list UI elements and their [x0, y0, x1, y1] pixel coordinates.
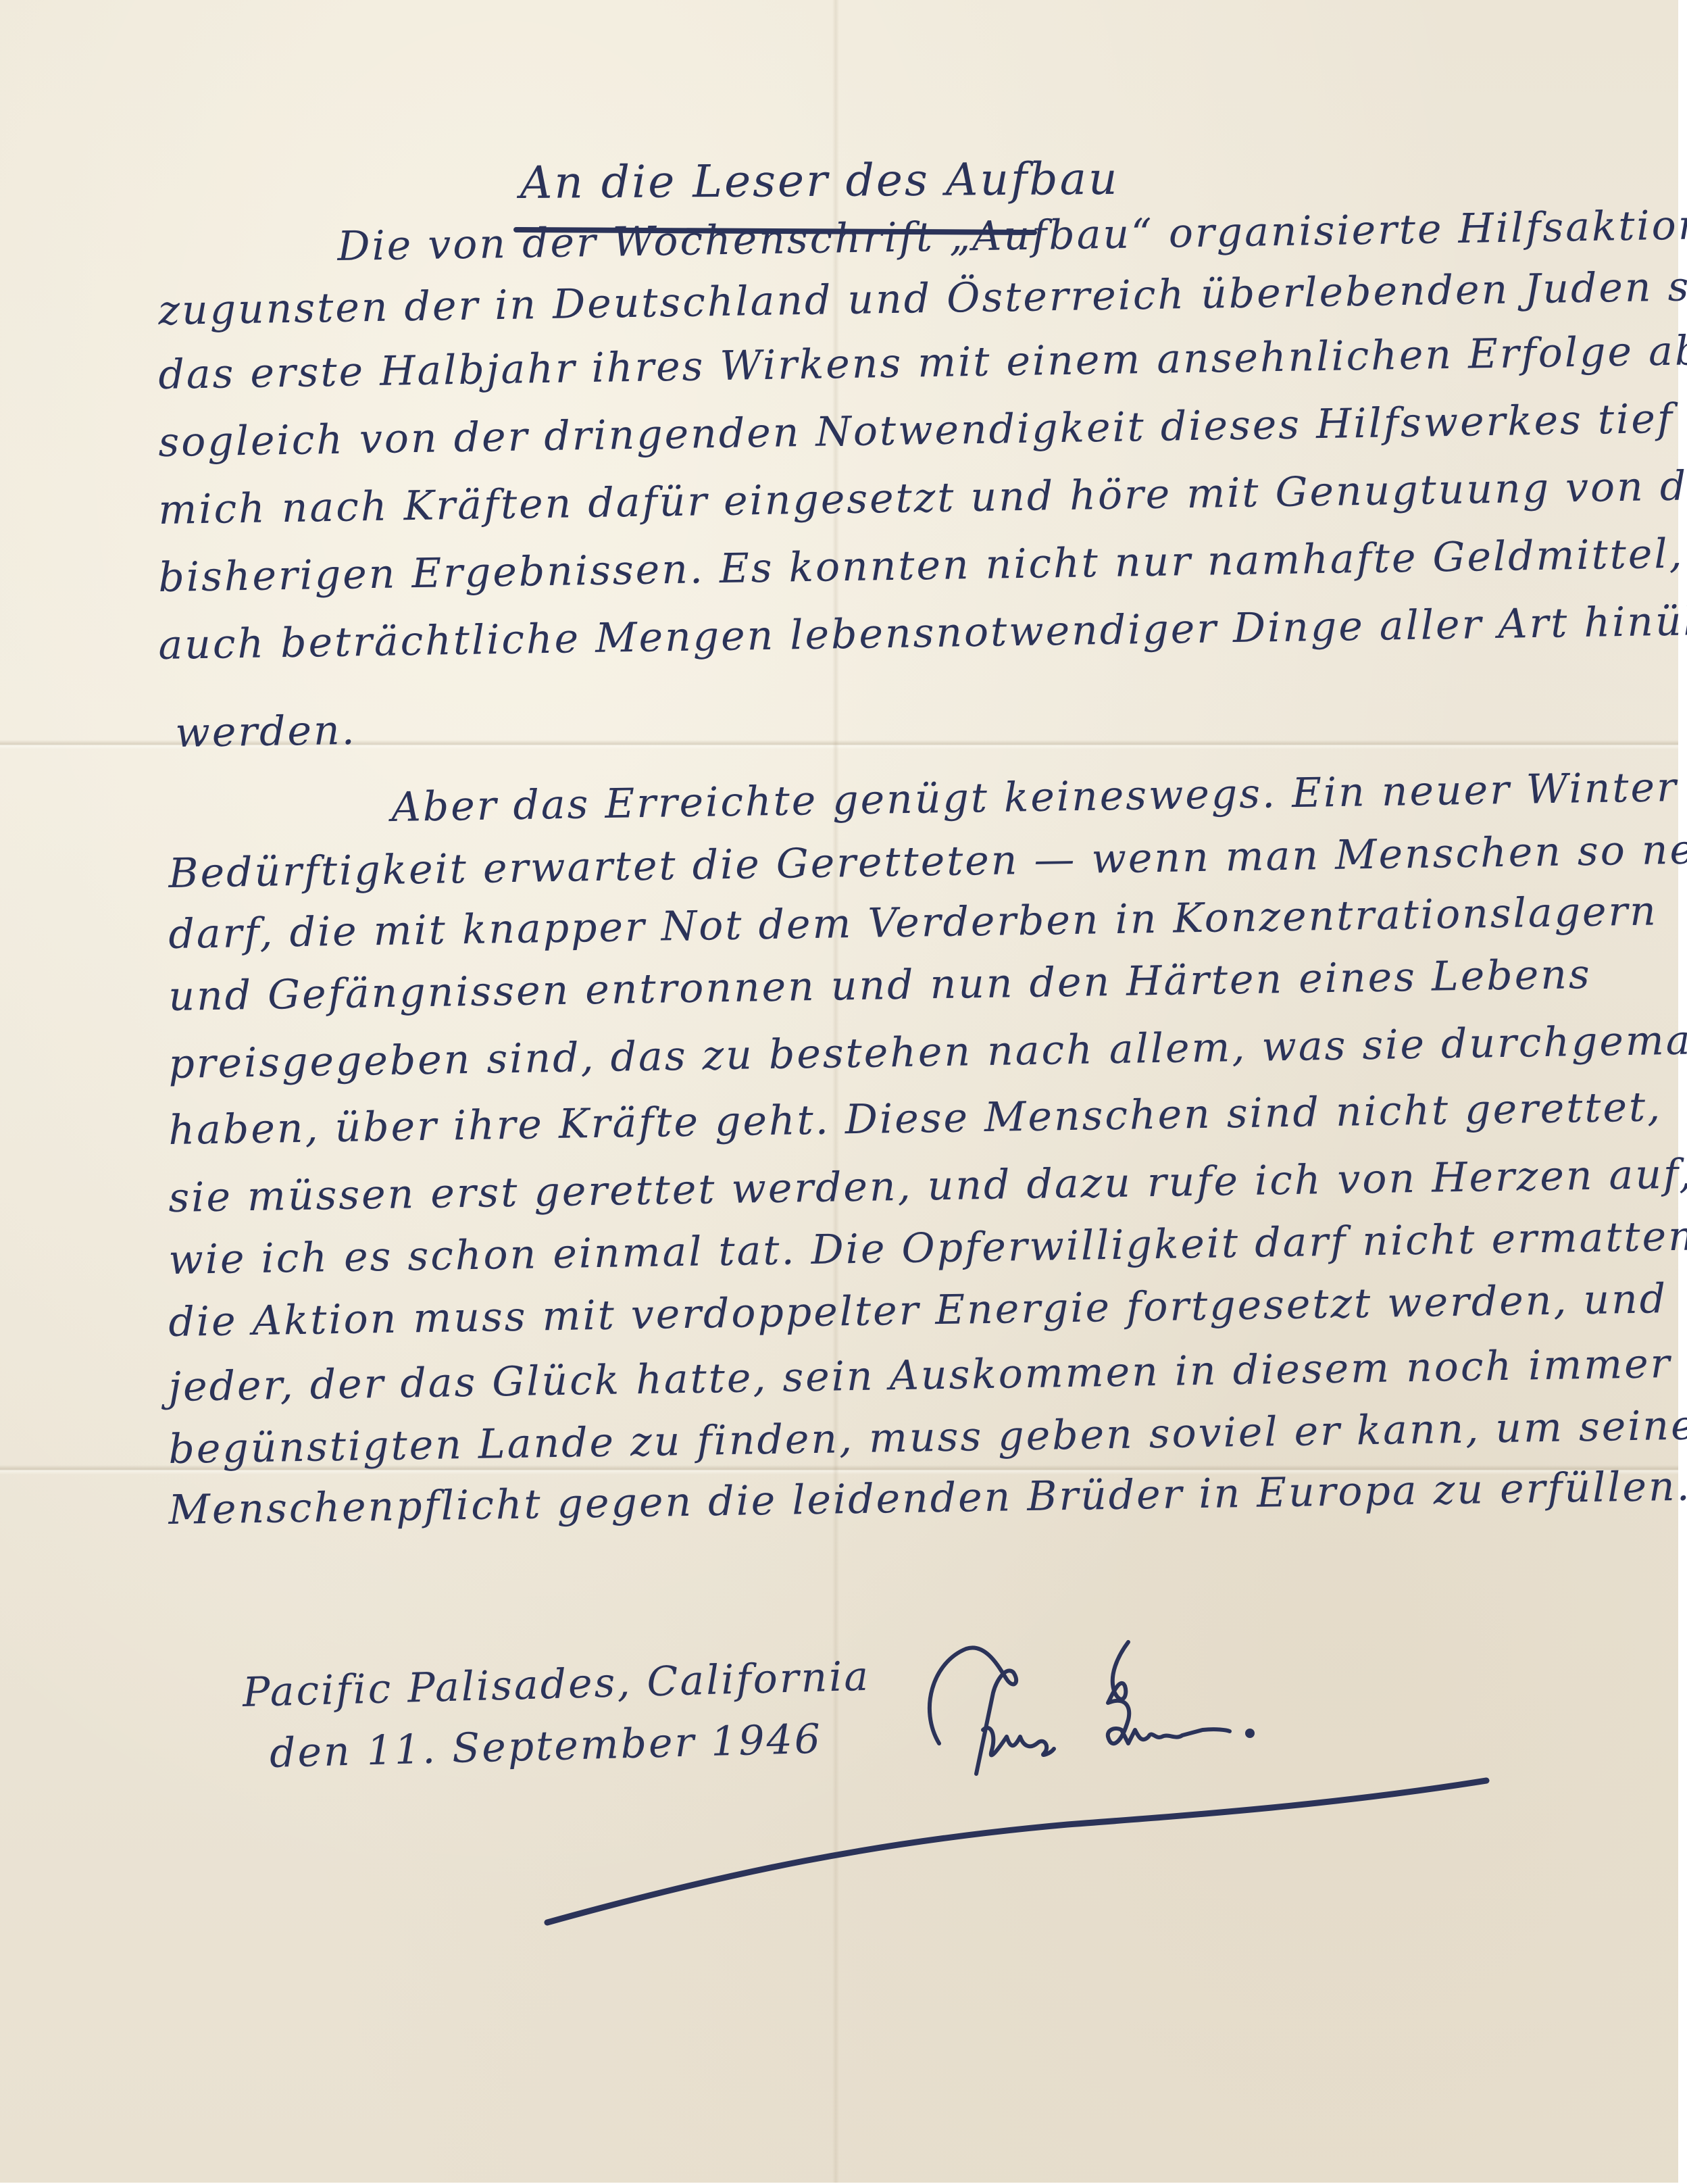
paragraph-1-line-4: sogleich von der dringenden Notwendigkei…: [158, 389, 1687, 466]
signature-flourish-line: [527, 1770, 1500, 1933]
paragraph-2-line-5: preisgegeben sind, das zu bestehen nach …: [168, 1016, 1687, 1088]
closing-place: Pacific Palisades, California: [242, 1653, 871, 1716]
paragraph-1-line-5: mich nach Kräften dafür eingesetzt und h…: [158, 462, 1687, 534]
paragraph-1-line-8: werden.: [175, 707, 357, 757]
paragraph-2-line-9: die Aktion muss mit verdoppelter Energie…: [168, 1275, 1668, 1346]
paragraph-2-line-6: haben, über ihre Kräfte geht. Diese Mens…: [168, 1083, 1663, 1154]
paragraph-2-line-8: wie ich es schon einmal tat. Die Opferwi…: [168, 1212, 1687, 1284]
letter-paper: An die Leser des Aufbau Die von der Woch…: [0, 0, 1678, 2183]
paragraph-2-line-1: Aber das Erreichte genügt keineswegs. Ei…: [391, 761, 1687, 831]
paragraph-2-line-4: und Gefängnissen entronnen und nun den H…: [168, 951, 1592, 1020]
paragraph-1-line-7: auch beträchtliche Mengen lebensnotwendi…: [158, 593, 1687, 669]
paragraph-1-line-1: Die von der Wochenschrift „Aufbau“ organ…: [337, 201, 1687, 270]
signature-thomas-mann: [905, 1629, 1392, 1791]
closing-date: den 11. September 1946: [269, 1716, 823, 1777]
paragraph-2-line-7: sie müssen erst gerettet werden, und daz…: [168, 1151, 1687, 1222]
letter-title: An die Leser des Aufbau: [520, 153, 1119, 209]
paragraph-2-line-10: jeder, der das Glück hatte, sein Auskomm…: [168, 1340, 1672, 1411]
paragraph-1-line-2: zugunsten der in Deutschland und Österre…: [158, 260, 1687, 334]
paragraph-2-line-3: darf, die mit knapper Not dem Verderben …: [168, 887, 1658, 958]
paragraph-2-line-11: begünstigten Lande zu finden, muss geben…: [168, 1401, 1687, 1473]
paragraph-1-line-3: das erste Halbjahr ihres Wirkens mit ein…: [158, 324, 1687, 399]
paragraph-1-line-6: bisherigen Ergebnissen. Es konnten nicht…: [158, 527, 1687, 601]
paragraph-2-line-2: Bedürftigkeit erwartet die Geretteten — …: [168, 824, 1687, 897]
